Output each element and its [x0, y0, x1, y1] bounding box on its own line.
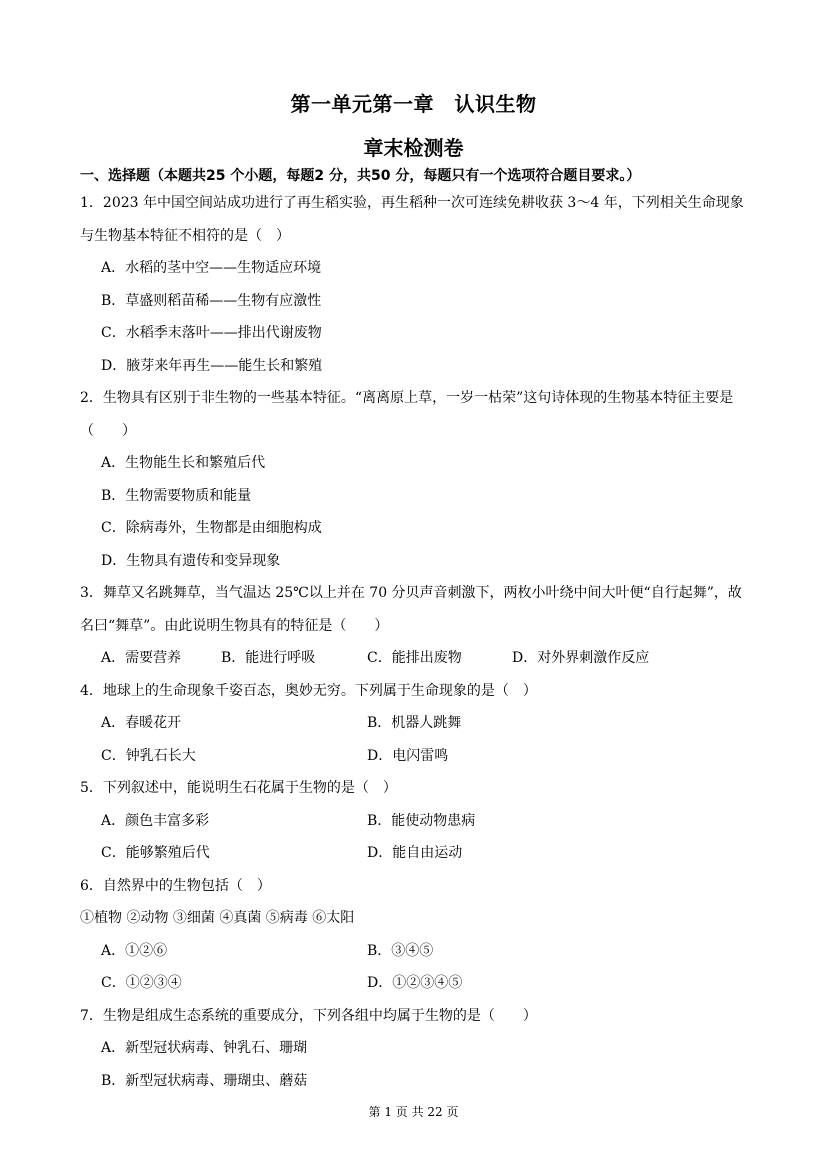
- question-6-option-d: D．①②③④⑤: [367, 973, 462, 993]
- question-7-option-a: A．新型冠状病毒、钟乳石、珊瑚: [101, 1038, 307, 1058]
- question-1-option-b: B．草盛则稻苗稀——生物有应激性: [101, 291, 321, 311]
- question-6-stem: 6．自然界中的生物包括（ ）: [80, 876, 271, 896]
- question-6-items: ①植物 ②动物 ③细菌 ④真菌 ⑤病毒 ⑥太阳: [80, 908, 354, 928]
- question-1-option-d: D．腋芽来年再生——能生长和繁殖: [101, 356, 322, 376]
- document-title: 第一单元第一章 认识生物: [0, 88, 827, 117]
- question-4-option-a: A．春暖花开: [101, 713, 181, 733]
- question-3-option-a: A．需要营养: [101, 648, 181, 668]
- question-6-option-b: B．③④⑤: [367, 941, 433, 961]
- question-5-option-c: C．能够繁殖后代: [101, 843, 210, 863]
- question-7-option-b: B．新型冠状病毒、珊瑚虫、蘑菇: [101, 1071, 307, 1091]
- question-1-option-a: A．水稻的茎中空——生物适应环境: [101, 258, 321, 278]
- question-5-stem: 5．下列叙述中，能说明生石花属于生物的是（ ）: [80, 778, 397, 798]
- question-1-option-c: C．水稻季末落叶——排出代谢废物: [101, 323, 322, 343]
- question-2-option-d: D．生物具有遗传和变异现象: [101, 551, 280, 571]
- question-3-option-c: C．能排出废物: [367, 648, 462, 668]
- question-3-option-d: D．对外界刺激作反应: [512, 648, 649, 668]
- question-5-option-a: A．颜色丰富多彩: [101, 811, 209, 831]
- question-4-option-b: B．机器人跳舞: [367, 713, 461, 733]
- document-page: 第一单元第一章 认识生物 章末检测卷 一、选择题（本题共25 个小题，每题2 分…: [0, 0, 827, 1169]
- question-4-option-d: D．电闪雷鸣: [367, 746, 448, 766]
- question-2-option-c: C．除病毒外，生物都是由细胞构成: [101, 518, 322, 538]
- question-2-option-b: B．生物需要物质和能量: [101, 486, 251, 506]
- question-6-option-c: C．①②③④: [101, 973, 182, 993]
- question-6-option-a: A．①②⑥: [101, 941, 167, 961]
- question-3-stem-line-2: 名曰“舞草”。由此说明生物具有的特征是（ ）: [80, 616, 388, 636]
- question-1-stem-line-1: 1．2023 年中国空间站成功进行了再生稻实验，再生稻种一次可连续免耕收获 3～…: [80, 193, 744, 213]
- question-4-option-c: C．钟乳石长大: [101, 746, 196, 766]
- question-4-stem: 4．地球上的生命现象千姿百态，奥妙无穷。下列属于生命现象的是（ ）: [80, 681, 537, 701]
- question-5-option-d: D．能自由运动: [367, 843, 462, 863]
- question-3-option-b: B．能进行呼吸: [221, 648, 315, 668]
- question-1-stem-line-2: 与生物基本特征不相符的是（ ）: [80, 226, 290, 246]
- question-2-option-a: A．生物能生长和繁殖后代: [101, 453, 265, 473]
- question-2-stem-line-2: （ ）: [80, 421, 136, 441]
- page-footer: 第 1 页 共 22 页: [0, 1103, 827, 1120]
- question-3-stem-line-1: 3．舞草又名跳舞草，当气温达 25℃以上并在 70 分贝声音刺激下，两枚小叶绕中…: [80, 583, 742, 603]
- question-7-stem: 7．生物是组成生态系统的重要成分，下列各组中均属于生物的是（ ）: [80, 1006, 537, 1026]
- question-2-stem-line-1: 2．生物具有区别于非生物的一些基本特征。“离离原上草，一岁一枯荣”这句诗体现的生…: [80, 388, 733, 408]
- section-heading: 一、选择题（本题共25 个小题，每题2 分，共50 分，每题只有一个选项符合题目…: [80, 165, 640, 185]
- document-subtitle: 章末检测卷: [0, 132, 827, 161]
- question-5-option-b: B．能使动物患病: [367, 811, 475, 831]
